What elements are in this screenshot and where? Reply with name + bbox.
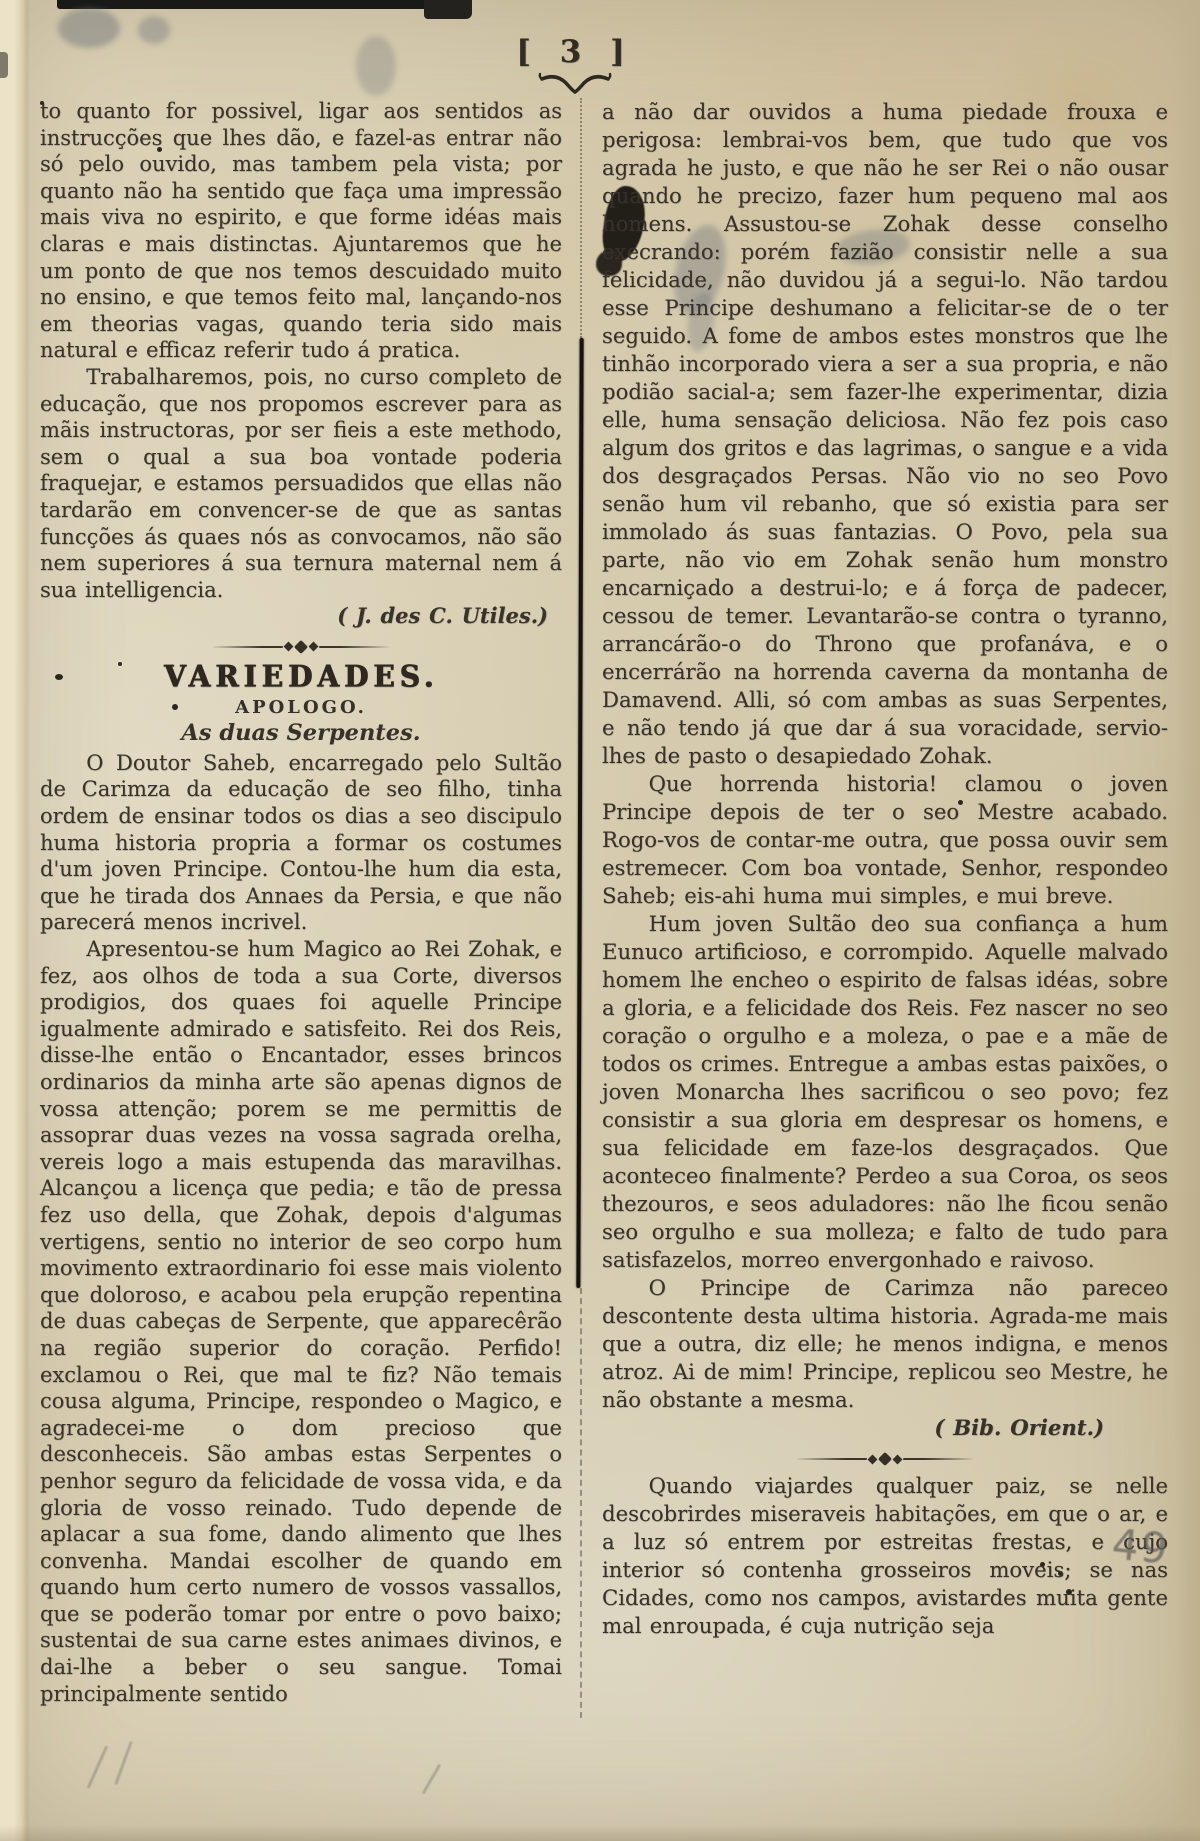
body-paragraph: O Doutor Saheb, encarregado pelo Sultão … (40, 750, 562, 936)
text-columns: to quanto for possivel, ligar aos sentid… (40, 98, 1168, 1707)
body-paragraph: to quanto for possivel, ligar aos sentid… (40, 98, 562, 364)
scanned-newspaper-page: [ 3 ] to quanto for possivel, ligar aos … (0, 0, 1200, 1841)
pencil-smudge (138, 16, 170, 44)
pencil-mark (87, 1745, 108, 1788)
divider-diamond (893, 1454, 903, 1464)
body-paragraph: Apresentou-se hum Magico ao Rei Zohak, e… (40, 936, 562, 1707)
pencil-mark (422, 1764, 442, 1795)
handwritten-pencil-note: 49 (1110, 1519, 1172, 1574)
body-paragraph: Trabalharemos, pois, no curso completo d… (40, 364, 562, 603)
divider-line (319, 646, 389, 649)
page-bottom-edge (0, 1825, 1200, 1841)
pencil-smudge (58, 8, 120, 48)
page-left-edge (0, 0, 30, 1841)
story-title: As duas Serpentes. (40, 720, 562, 746)
page-header: [ 3 ] (440, 34, 710, 96)
scan-edge-band (57, 0, 469, 9)
body-paragraph: a não dar ouvidos a huma piedade frouxa … (602, 98, 1168, 770)
left-column: to quanto for possivel, ligar aos sentid… (40, 98, 562, 1707)
divider-line (213, 646, 283, 649)
page-right-edge (1176, 0, 1200, 1841)
page-number: [ 3 ] (440, 34, 710, 70)
body-paragraph: Que horrenda historia! clamou o joven Pr… (602, 770, 1168, 910)
body-paragraph: O Principe de Carimza não pareceo descon… (602, 1274, 1168, 1414)
divider-line (903, 1458, 973, 1461)
section-title: VARIEDADES. (40, 659, 562, 694)
right-column: a não dar ouvidos a huma piedade frouxa … (602, 98, 1168, 1707)
pencil-smudge (356, 36, 396, 96)
divider-line (797, 1458, 867, 1461)
divider-diamond (309, 642, 319, 652)
divider-diamond (284, 642, 294, 652)
section-divider-ornament (797, 1454, 973, 1464)
body-paragraph: Quando viajardes qualquer paiz, se nelle… (602, 1472, 1168, 1640)
divider-diamond (878, 1452, 892, 1466)
source-attribution: ( J. des C. Utiles.) (40, 603, 562, 630)
body-paragraph: Hum joven Sultão deo sua confiança a hum… (602, 910, 1168, 1274)
section-subtitle: APOLOGO. (40, 697, 562, 718)
binding-notch (0, 52, 8, 78)
divider-diamond (294, 640, 308, 654)
pencil-mark (114, 1741, 133, 1785)
section-divider-ornament (213, 642, 389, 652)
source-attribution: ( Bib. Orient.) (602, 1414, 1168, 1442)
brace-ornament (536, 72, 614, 96)
divider-diamond (868, 1454, 878, 1464)
scan-edge-mark (424, 0, 472, 19)
